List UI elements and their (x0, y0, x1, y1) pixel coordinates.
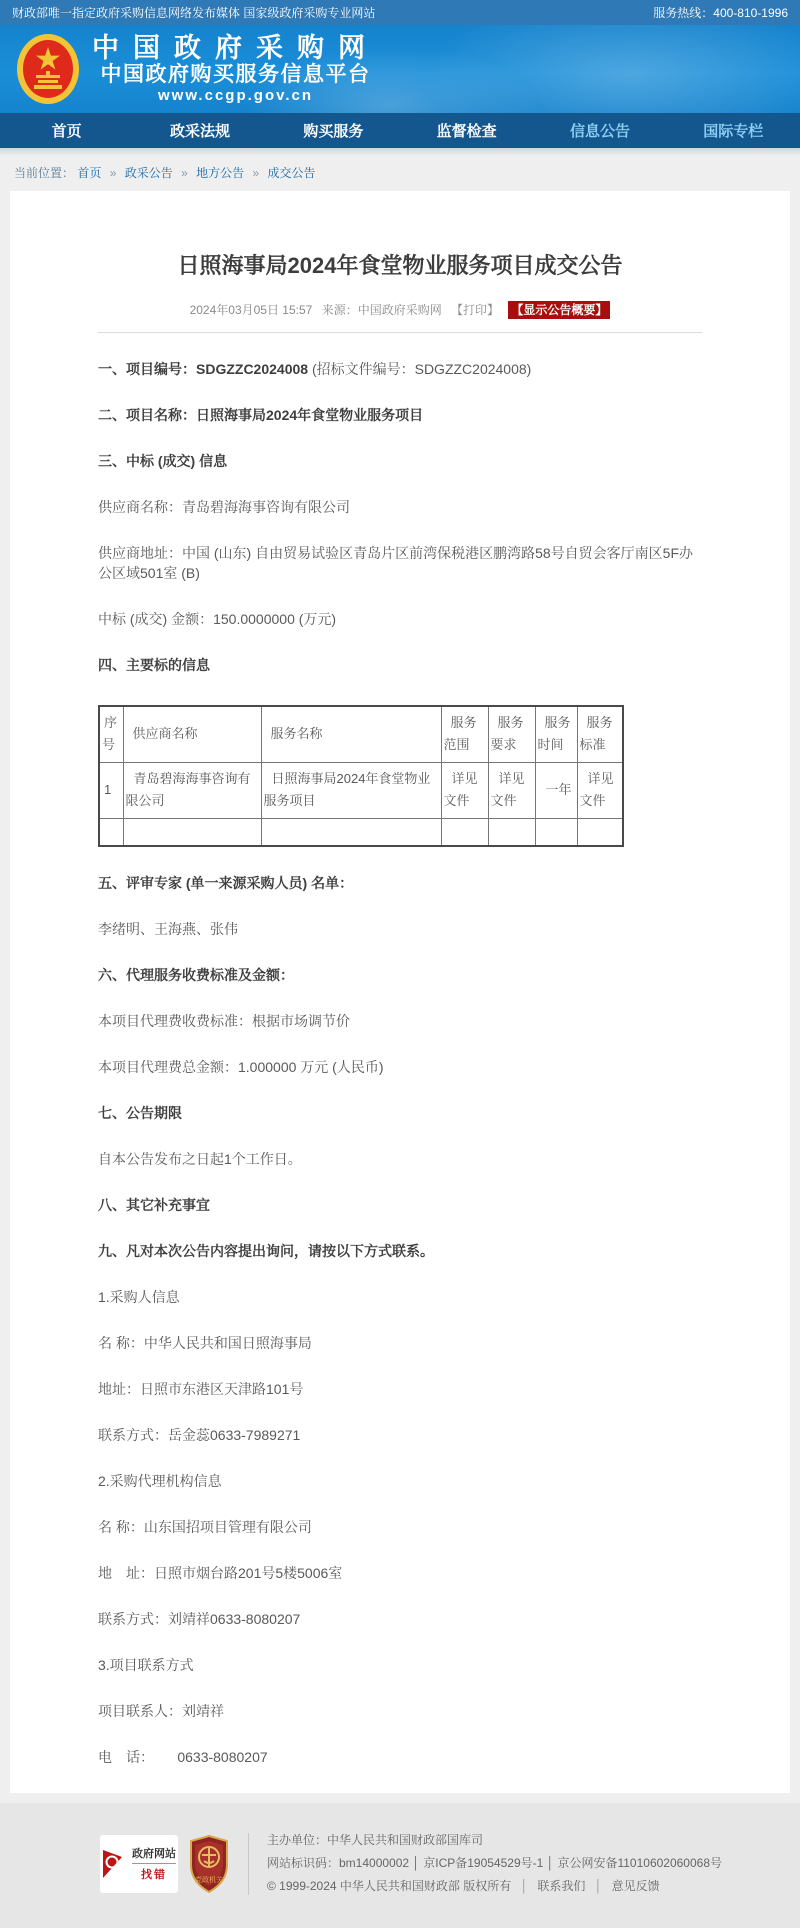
footer-feedback-link[interactable]: 意见反馈 (612, 1879, 660, 1893)
purchaser-contact: 联系方式：岳金蕊0633-7989271 (98, 1425, 702, 1445)
lot-info-table: 序号 供应商名称 服务名称 服务范围 服务要求 服务时间 服务标准 1 青岛碧海… (98, 705, 624, 847)
breadcrumb-home[interactable]: 首页 (77, 166, 101, 180)
service-hotline: 服务热线：400-810-1996 (653, 4, 788, 21)
article-card: 日照海事局2024年食堂物业服务项目成交公告 2024年03月05日 15:57… (10, 191, 790, 1793)
find-error-badge-title: 政府网站 (132, 1845, 176, 1864)
publish-date: 2024年03月05日 15:57 (190, 303, 313, 317)
site-title: 中国政府采购网 (92, 33, 379, 63)
purchaser-address: 地址：日照市东港区天津路101号 (98, 1379, 702, 1399)
footer-badges: 政府网站 找错 党政机关 (100, 1835, 230, 1893)
footer-separator: │ (595, 1879, 603, 1893)
section-agency-fee: 六、代理服务收费标准及金额： (98, 965, 702, 985)
cell-service-requirement: 详见文件 (488, 762, 535, 818)
main-nav: 首页 政采法规 购买服务 监督检查 信息公告 国际专栏 (0, 113, 800, 148)
col-header-index: 序号 (99, 706, 123, 762)
section-notice-period: 七、公告期限 (98, 1103, 702, 1123)
page-gap (0, 1793, 800, 1803)
agency-contact: 联系方式：刘靖祥0633-8080207 (98, 1609, 702, 1629)
cell-empty (441, 818, 488, 846)
paragraph-project-name: 二、项目名称：日照海事局2024年食堂物业服务项目 (98, 405, 702, 425)
cell-service-scope: 详见文件 (441, 762, 488, 818)
top-utility-bar: 财政部唯一指定政府采购信息网络发布媒体 国家级政府采购专业网站 服务热线：400… (0, 0, 800, 25)
breadcrumb-label: 当前位置： (14, 166, 74, 180)
cell-service-period: 一年 (535, 762, 577, 818)
footer-copyright: © 1999-2024 中华人民共和国财政部 版权所有 (267, 1879, 511, 1893)
cell-empty (535, 818, 577, 846)
cell-supplier: 青岛碧海海事咨询有限公司 (123, 762, 261, 818)
party-government-badge-icon[interactable]: 党政机关 (188, 1835, 230, 1893)
agency-fee-standard: 本项目代理费收费标准：根据市场调节价 (98, 1011, 702, 1031)
table-row: 1 青岛碧海海事咨询有限公司 日照海事局2024年食堂物业服务项目 详见文件 详… (99, 762, 623, 818)
col-header-service-name: 服务名称 (261, 706, 441, 762)
cell-empty (488, 818, 535, 846)
breadcrumb-separator: » (181, 166, 188, 180)
col-header-service-period: 服务时间 (535, 706, 577, 762)
site-logo[interactable]: 中国政府采购网 中国政府购买服务信息平台 www.ccgp.gov.cn (92, 33, 379, 105)
article-source: 来源：中国政府采购网 (322, 303, 442, 317)
project-number-bold: 一、项目编号：SDGZZC2024008 (98, 361, 308, 377)
breadcrumb-local-notices[interactable]: 地方公告 (196, 166, 244, 180)
page-title: 日照海事局2024年食堂物业服务项目成交公告 (98, 191, 702, 281)
footer-copyright-line: © 1999-2024 中华人民共和国财政部 版权所有 │ 联系我们 │ 意见反… (267, 1875, 722, 1898)
table-row-empty (99, 818, 623, 846)
col-header-service-scope: 服务范围 (441, 706, 488, 762)
page-footer: 政府网站 找错 党政机关 主办单位：中华人民共和国财政部国库司 网站标识码：bm… (0, 1803, 800, 1928)
nav-item-supervision[interactable]: 监督检查 (400, 113, 533, 148)
project-contact-phone: 电 话： 0633-8080207 (98, 1747, 702, 1767)
section-supplementary: 八、其它补充事宜 (98, 1195, 702, 1215)
nav-item-announcements[interactable]: 信息公告 (533, 113, 666, 148)
gov-site-error-report-badge[interactable]: 政府网站 找错 (100, 1835, 178, 1893)
site-url: www.ccgp.gov.cn (92, 87, 379, 105)
nav-item-regulations[interactable]: 政采法规 (133, 113, 266, 148)
col-header-service-requirement: 服务要求 (488, 706, 535, 762)
footer-site-ids: 网站标识码：bm14000002 │ 京ICP备19054529号-1 │ 京公… (267, 1852, 722, 1875)
nav-item-home[interactable]: 首页 (0, 113, 133, 148)
national-emblem-logo-icon[interactable] (16, 33, 80, 105)
agency-name: 名 称：山东国招项目管理有限公司 (98, 1517, 702, 1537)
experts-list: 李绪明、王海燕、张伟 (98, 919, 702, 939)
cell-empty (577, 818, 623, 846)
footer-divider (248, 1833, 249, 1895)
section-contact: 九、凡对本次公告内容提出询问，请按以下方式联系。 (98, 1241, 702, 1261)
agency-info-heading: 2.采购代理机构信息 (98, 1471, 702, 1491)
award-amount: 中标 (成交) 金额：150.0000000 (万元) (98, 609, 702, 629)
supplier-name: 供应商名称：青岛碧海海事咨询有限公司 (98, 497, 702, 517)
section-award-info: 三、中标 (成交) 信息 (98, 451, 702, 471)
cell-empty (99, 818, 123, 846)
site-header: 中国政府采购网 中国政府购买服务信息平台 www.ccgp.gov.cn (0, 25, 800, 113)
project-contact-heading: 3.项目联系方式 (98, 1655, 702, 1675)
col-header-service-standard: 服务标准 (577, 706, 623, 762)
nav-item-international[interactable]: 国际专栏 (667, 113, 800, 148)
nav-shadow (0, 148, 800, 156)
footer-organizer: 主办单位：中华人民共和国财政部国库司 (267, 1829, 722, 1852)
breadcrumb-separator: » (253, 166, 260, 180)
cell-service-standard: 详见文件 (577, 762, 623, 818)
cell-service-name: 日照海事局2024年食堂物业服务项目 (261, 762, 441, 818)
breadcrumb-separator: » (110, 166, 117, 180)
nav-item-purchase-services[interactable]: 购买服务 (267, 113, 400, 148)
find-error-badge-label: 找错 (132, 1864, 176, 1882)
cell-empty (123, 818, 261, 846)
notice-period-text: 自本公告发布之日起1个工作日。 (98, 1149, 702, 1169)
agency-address: 地 址：日照市烟台路201号5楼5006室 (98, 1563, 702, 1583)
col-header-supplier: 供应商名称 (123, 706, 261, 762)
purchaser-name: 名 称：中华人民共和国日照海事局 (98, 1333, 702, 1353)
print-button[interactable]: 【打印】 (451, 303, 499, 317)
section-experts: 五、评审专家 (单一来源采购人员) 名单： (98, 873, 702, 893)
breadcrumb: 当前位置： 首页 » 政采公告 » 地方公告 » 成交公告 (0, 156, 800, 191)
show-summary-button[interactable]: 【显示公告概要】 (508, 301, 610, 319)
supplier-address: 供应商地址：中国 (山东) 自由贸易试验区青岛片区前湾保税港区鹏湾路58号自贸会… (98, 543, 702, 583)
title-divider (98, 332, 702, 333)
cell-index: 1 (99, 762, 123, 818)
paragraph-project-number: 一、项目编号：SDGZZC2024008 (招标文件编号：SDGZZC20240… (98, 359, 702, 379)
breadcrumb-award-notices[interactable]: 成交公告 (268, 166, 316, 180)
agency-fee-total: 本项目代理费总金额：1.000000 万元 (人民币) (98, 1057, 702, 1077)
magnifier-flag-icon (102, 1849, 128, 1879)
article-meta: 2024年03月05日 15:57 来源：中国政府采购网 【打印】 【显示公告概… (98, 301, 702, 318)
purchaser-info-heading: 1.采购人信息 (98, 1287, 702, 1307)
table-header-row: 序号 供应商名称 服务名称 服务范围 服务要求 服务时间 服务标准 (99, 706, 623, 762)
site-slogan: 财政部唯一指定政府采购信息网络发布媒体 国家级政府采购专业网站 (12, 4, 375, 21)
cell-empty (261, 818, 441, 846)
footer-contact-link[interactable]: 联系我们 (537, 1879, 585, 1893)
section-lot-info: 四、主要标的信息 (98, 655, 702, 675)
breadcrumb-procurement-notices[interactable]: 政采公告 (125, 166, 173, 180)
svg-text:党政机关: 党政机关 (195, 1875, 223, 1884)
project-number-rest: (招标文件编号：SDGZZC2024008) (308, 361, 531, 377)
footer-info: 主办单位：中华人民共和国财政部国库司 网站标识码：bm14000002 │ 京I… (267, 1829, 722, 1898)
site-subtitle: 中国政府购买服务信息平台 (92, 63, 379, 87)
footer-separator: │ (521, 1879, 529, 1893)
project-contact-person: 项目联系人：刘靖祥 (98, 1701, 702, 1721)
